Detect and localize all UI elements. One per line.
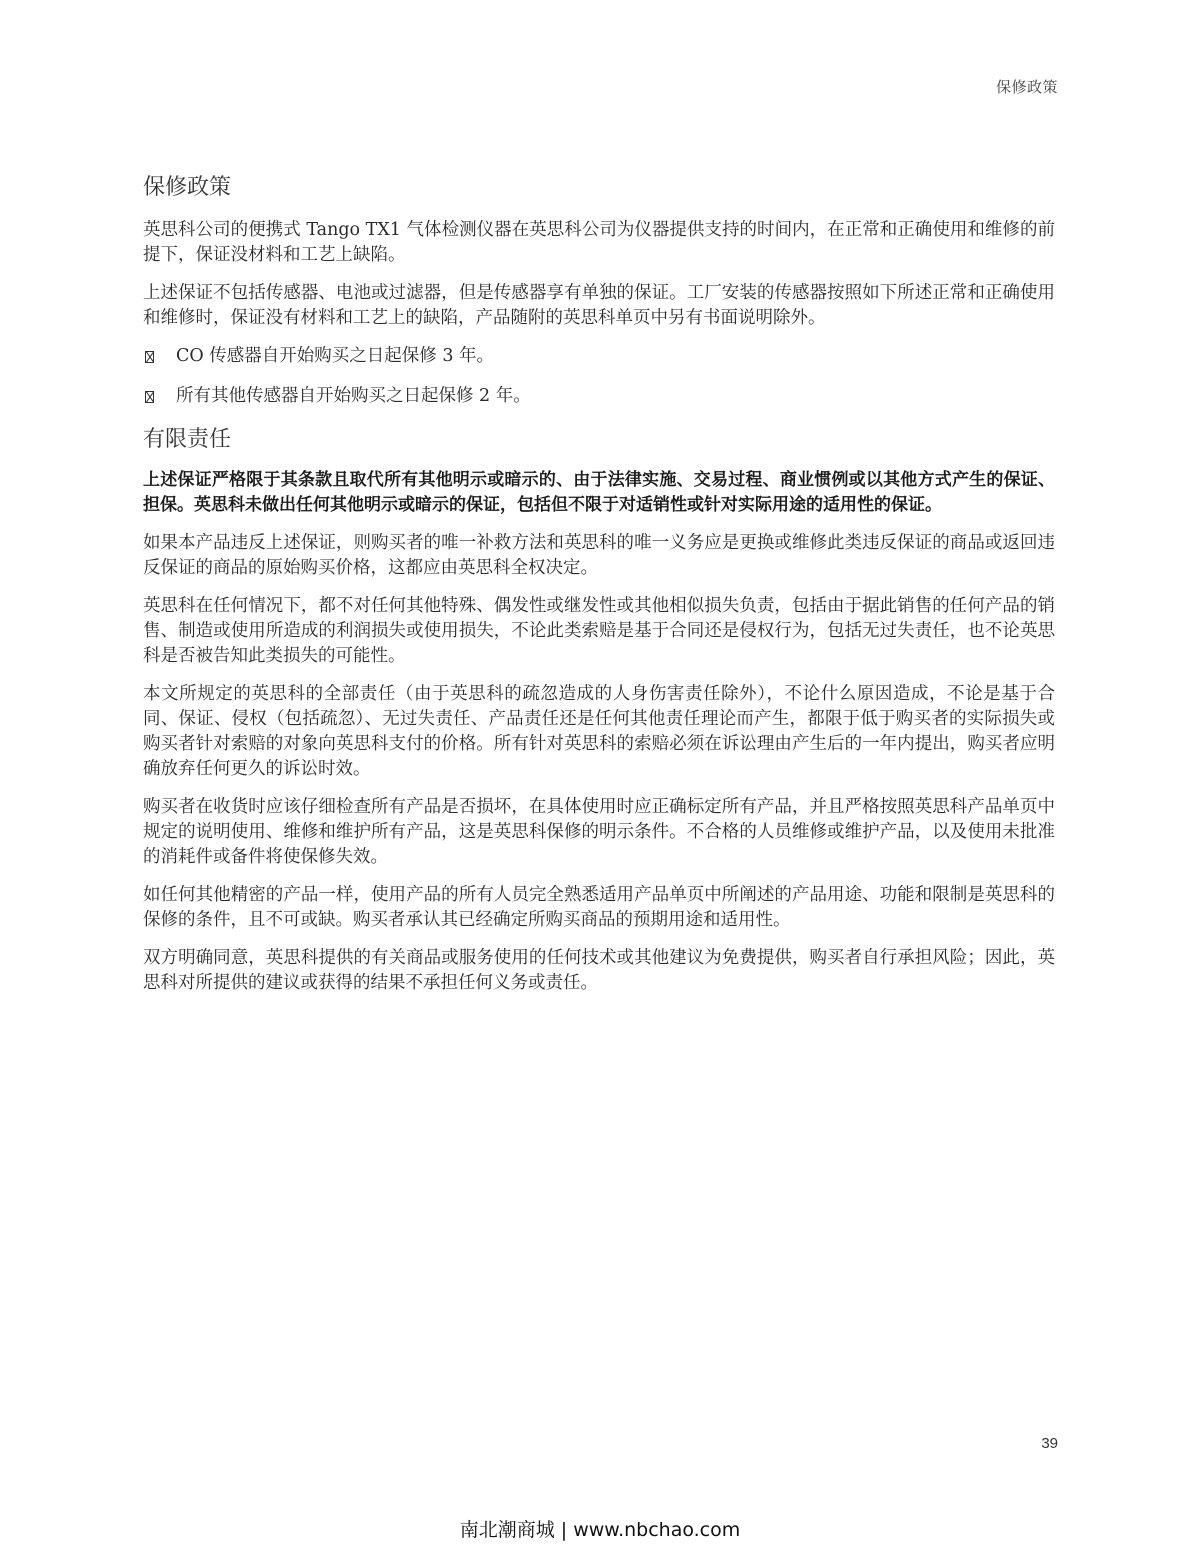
document-body: 保修政策 英思科公司的便携式 Tango TX1 气体检测仪器在英思科公司为仪器… [143, 172, 1055, 1009]
running-header: 保修政策 [996, 76, 1058, 97]
liability-paragraph-5: 如任何其他精密的产品一样，使用产品的所有人员完全熟悉适用产品单页中所阐述的产品用… [143, 883, 1055, 933]
missing-glyph-icon [145, 391, 154, 403]
disclaimer-paragraph: 上述保证严格限于其条款且取代所有其他明示或暗示的、由于法律实施、交易过程、商业惯… [143, 468, 1055, 518]
liability-paragraph-4: 购买者在收货时应该仔细检查所有产品是否损坏，在具体使用时应正确标定所有产品，并且… [143, 795, 1055, 870]
liability-paragraph-6: 双方明确同意，英思科提供的有关商品或服务使用的任何技术或其他建议为免费提供，购买… [143, 946, 1055, 996]
missing-glyph-icon [145, 351, 154, 363]
watermark-link[interactable]: 南北潮商城 | www.nbchao.com [0, 1515, 1200, 1542]
bullet-text: 所有其他传感器自开始购买之日起保修 2 年。 [176, 384, 531, 409]
warranty-title: 保修政策 [143, 172, 1055, 204]
liability-paragraph-1: 如果本产品违反上述保证，则购买者的唯一补救方法和英思科的唯一义务应是更换或维修此… [143, 531, 1055, 581]
limited-liability-title: 有限责任 [143, 424, 1055, 456]
bullet-text: CO 传感器自开始购买之日起保修 3 年。 [176, 344, 494, 369]
list-item: 所有其他传感器自开始购买之日起保修 2 年。 [143, 384, 1055, 409]
warranty-paragraph-1: 英思科公司的便携式 Tango TX1 气体检测仪器在英思科公司为仪器提供支持的… [143, 218, 1055, 268]
limited-liability-section: 有限责任 上述保证严格限于其条款且取代所有其他明示或暗示的、由于法律实施、交易过… [143, 424, 1055, 996]
warranty-section: 保修政策 英思科公司的便携式 Tango TX1 气体检测仪器在英思科公司为仪器… [143, 172, 1055, 409]
list-item: CO 传感器自开始购买之日起保修 3 年。 [143, 344, 1055, 369]
warranty-paragraph-2: 上述保证不包括传感器、电池或过滤器，但是传感器享有单独的保证。工厂安装的传感器按… [143, 281, 1055, 331]
liability-paragraph-3: 本文所规定的英思科的全部责任（由于英思科的疏忽造成的人身伤害责任除外），不论什么… [143, 682, 1055, 782]
liability-paragraph-2: 英思科在任何情况下，都不对任何其他特殊、偶发性或继发性或其他相似损失负责，包括由… [143, 594, 1055, 669]
page-number: 39 [1041, 1435, 1058, 1452]
sensor-warranty-list: CO 传感器自开始购买之日起保修 3 年。 所有其他传感器自开始购买之日起保修 … [143, 344, 1055, 409]
